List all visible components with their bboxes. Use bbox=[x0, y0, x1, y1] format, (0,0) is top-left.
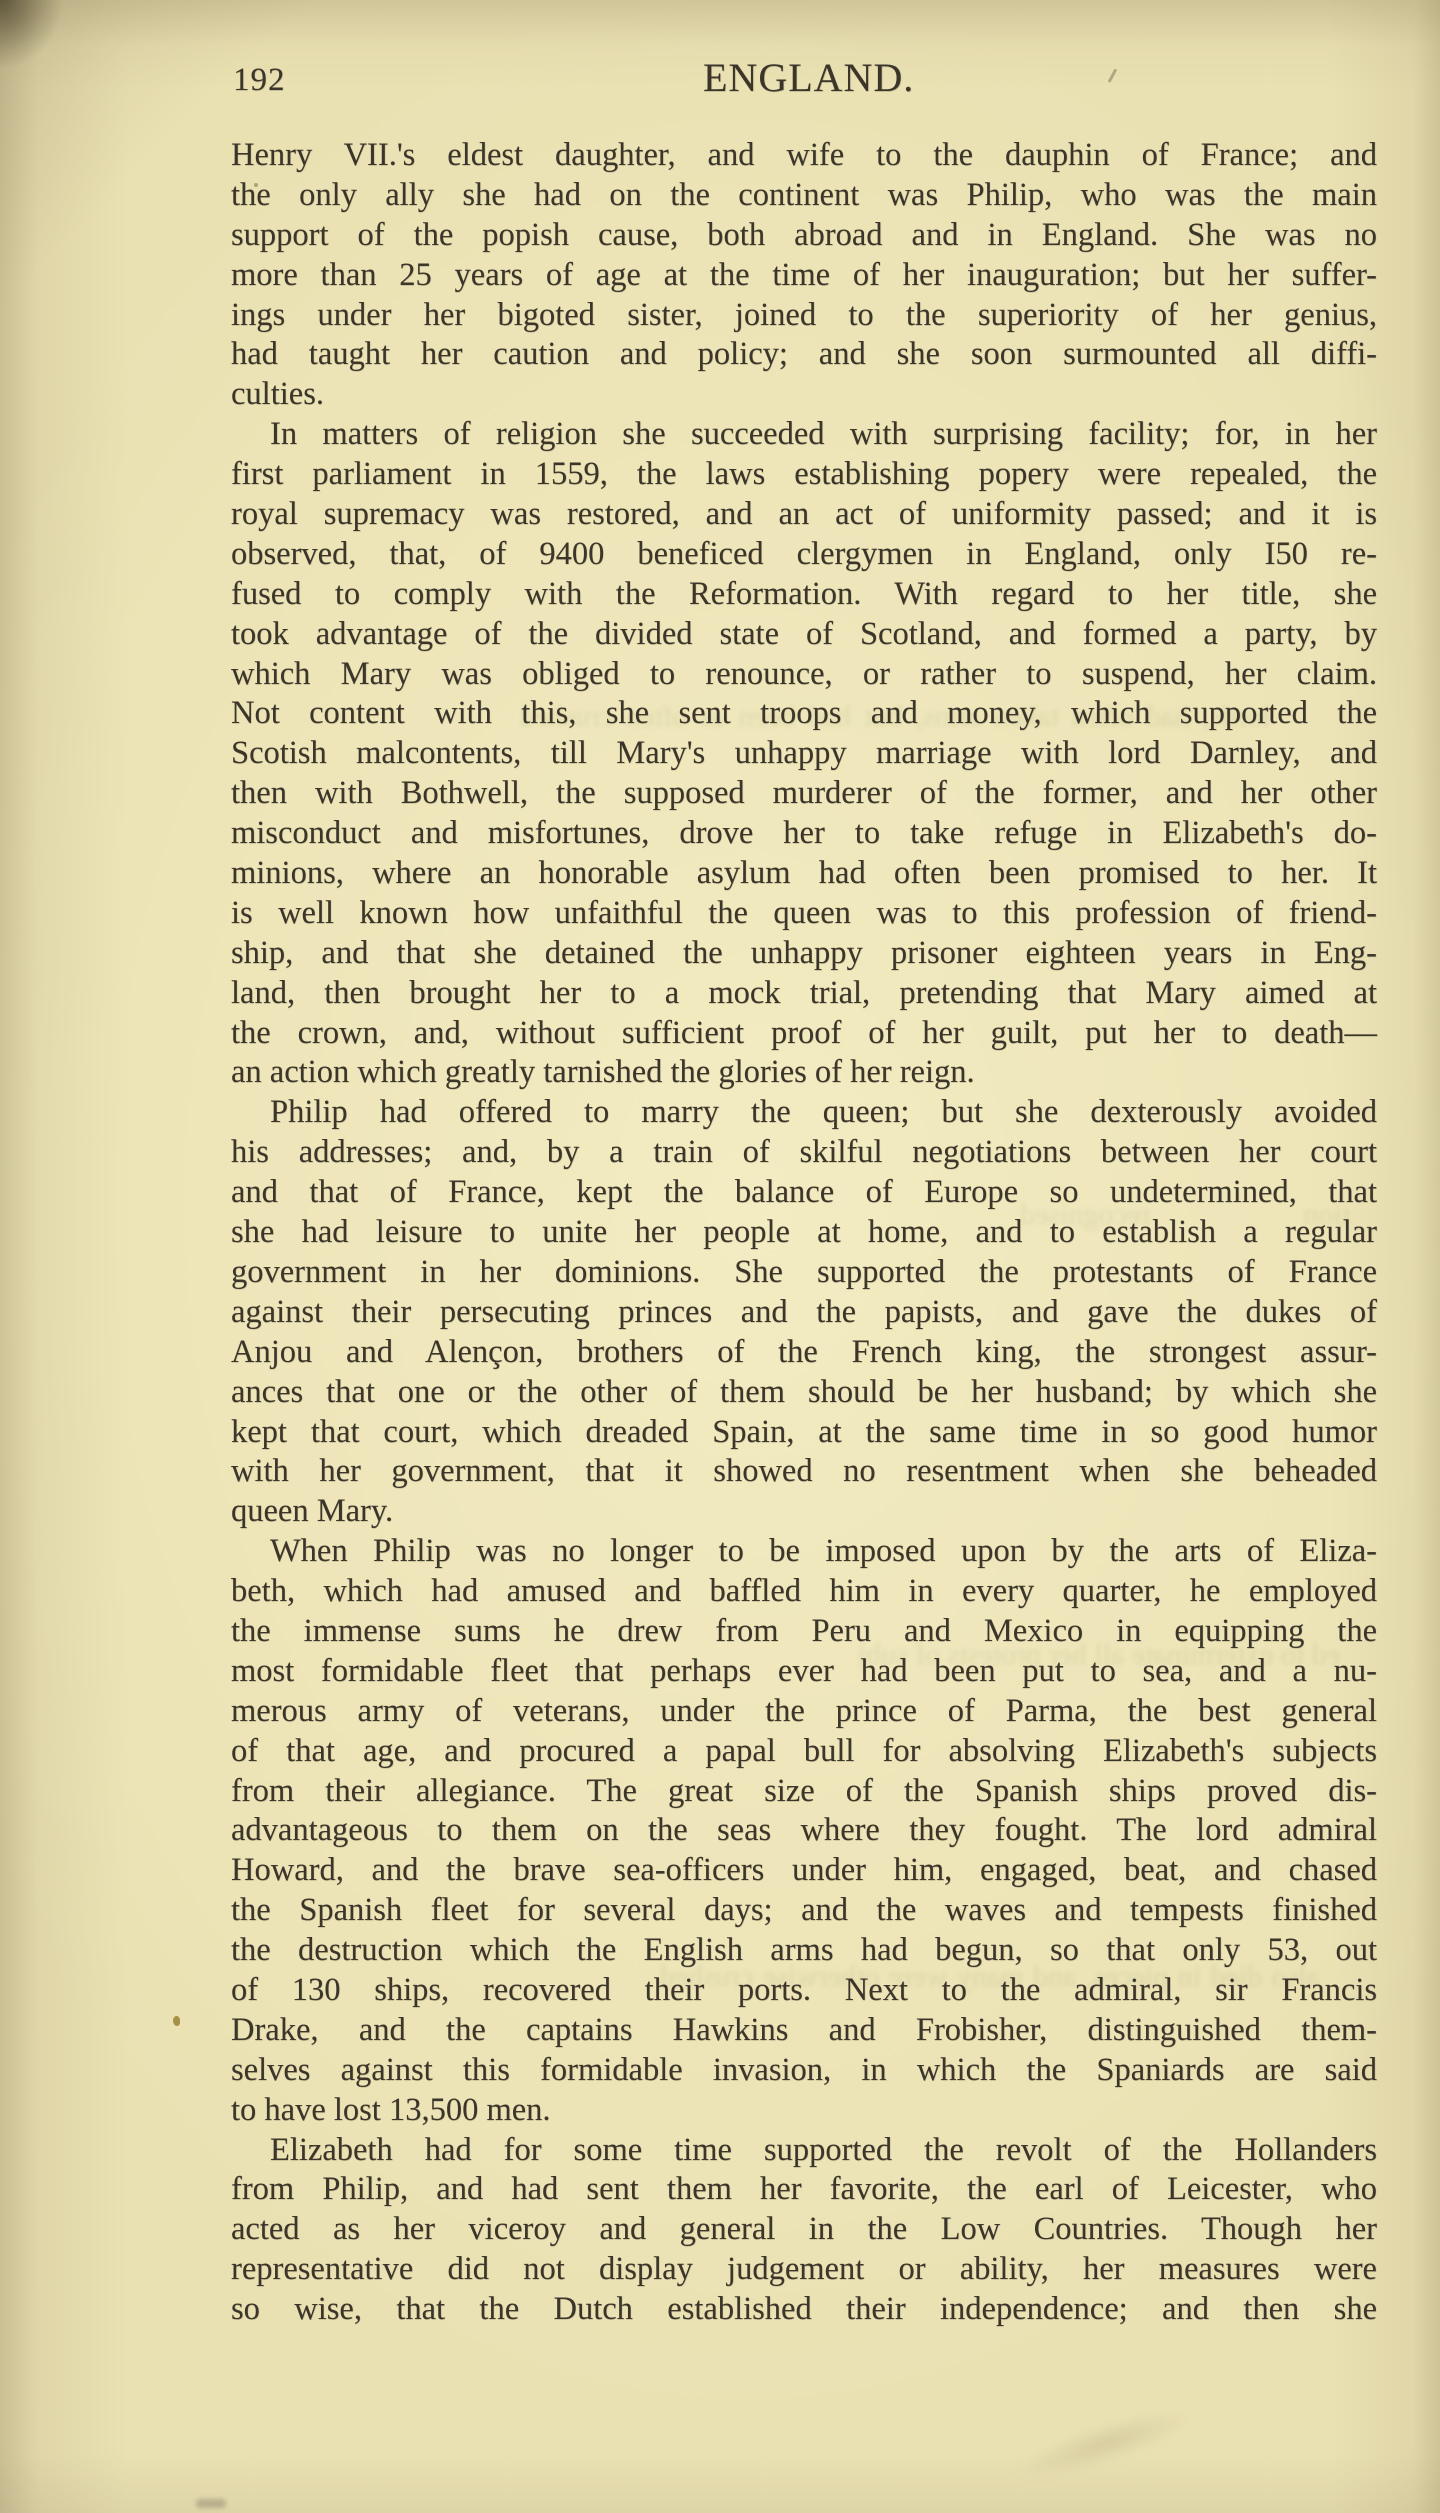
text-line: minions, where an honorable asylum had o… bbox=[231, 854, 1377, 894]
text-line: most formidable fleet that perhaps ever … bbox=[231, 1652, 1377, 1692]
text-line: When Philip was no longer to be imposed … bbox=[231, 1532, 1377, 1572]
text-line: is well known how unfaithful the queen w… bbox=[231, 894, 1377, 934]
text-line: representative did not display judgement… bbox=[231, 2250, 1377, 2290]
text-line: fused to comply with the Reformation. Wi… bbox=[231, 575, 1377, 615]
text-line: the only ally she had on the continent w… bbox=[231, 176, 1377, 216]
paragraph: In matters of religion she succeeded wit… bbox=[231, 415, 1377, 1093]
text-line: advantageous to them on the seas where t… bbox=[231, 1811, 1377, 1851]
paragraph: Henry VII.'s eldest daughter, and wife t… bbox=[231, 136, 1377, 415]
text-line: she had leisure to unite her people at h… bbox=[231, 1213, 1377, 1253]
text-line: Elizabeth had for some time supported th… bbox=[231, 2131, 1377, 2171]
text-line: queen Mary. bbox=[231, 1492, 1377, 1532]
text-line: observed, that, of 9400 beneficed clergy… bbox=[231, 535, 1377, 575]
text-line: Scotish malcontents, till Mary's unhappy… bbox=[231, 734, 1377, 774]
text-line: Philip had offered to marry the queen; b… bbox=[231, 1093, 1377, 1133]
text-line: support of the popish cause, both abroad… bbox=[231, 216, 1377, 256]
paragraph: When Philip was no longer to be imposed … bbox=[231, 1532, 1377, 2130]
paper-smudge bbox=[1008, 2396, 1201, 2493]
text-line: against their persecuting princes and th… bbox=[231, 1293, 1377, 1333]
book-page: 192 ENGLAND. lords, had often taken arms… bbox=[0, 0, 1440, 2513]
corner-stain bbox=[0, 0, 64, 70]
text-line: kept that court, which dreaded Spain, at… bbox=[231, 1413, 1377, 1453]
text-line: ings under her bigoted sister, joined to… bbox=[231, 296, 1377, 336]
text-line: Drake, and the captains Hawkins and Frob… bbox=[231, 2011, 1377, 2051]
text-line: and that of France, kept the balance of … bbox=[231, 1173, 1377, 1213]
text-line: took advantage of the divided state of S… bbox=[231, 615, 1377, 655]
text-line: from their allegiance. The great size of… bbox=[231, 1772, 1377, 1812]
text-line: of 130 ships, recovered their ports. Nex… bbox=[231, 1971, 1377, 2011]
text-line: then with Bothwell, the supposed murdere… bbox=[231, 774, 1377, 814]
text-line: merous army of veterans, under the princ… bbox=[231, 1692, 1377, 1732]
text-line: Henry VII.'s eldest daughter, and wife t… bbox=[231, 136, 1377, 176]
page-text-block: Henry VII.'s eldest daughter, and wife t… bbox=[231, 136, 1377, 2330]
text-line: first parliament in 1559, the laws estab… bbox=[231, 455, 1377, 495]
text-line: misconduct and misfortunes, drove her to… bbox=[231, 814, 1377, 854]
ink-speck bbox=[173, 2016, 180, 2026]
ink-mark bbox=[1108, 68, 1117, 82]
text-line: from Philip, and had sent them her favor… bbox=[231, 2170, 1377, 2210]
text-line: the destruction which the English arms h… bbox=[231, 1931, 1377, 1971]
text-line: In matters of religion she succeeded wit… bbox=[231, 415, 1377, 455]
text-line: an action which greatly tarnished the gl… bbox=[231, 1053, 1377, 1093]
text-line: beth, which had amused and baffled him i… bbox=[231, 1572, 1377, 1612]
text-line: ship, and that she detained the unhappy … bbox=[231, 934, 1377, 974]
text-line: Howard, and the brave sea-officers under… bbox=[231, 1851, 1377, 1891]
text-line: ances that one or the other of them shou… bbox=[231, 1373, 1377, 1413]
ink-speck bbox=[254, 183, 258, 187]
text-line: the immense sums he drew from Peru and M… bbox=[231, 1612, 1377, 1652]
paper-smudge bbox=[196, 2499, 226, 2508]
text-line: had taught her caution and policy; and s… bbox=[231, 335, 1377, 375]
text-line: of that age, and procured a papal bull f… bbox=[231, 1732, 1377, 1772]
text-line: with her government, that it showed no r… bbox=[231, 1452, 1377, 1492]
text-line: to have lost 13,500 men. bbox=[231, 2091, 1377, 2131]
text-line: Anjou and Alençon, brothers of the Frenc… bbox=[231, 1333, 1377, 1373]
text-line: royal supremacy was restored, and an act… bbox=[231, 495, 1377, 535]
text-line: culties. bbox=[231, 375, 1377, 415]
paragraph: Elizabeth had for some time supported th… bbox=[231, 2131, 1377, 2330]
text-line: Not content with this, she sent troops a… bbox=[231, 694, 1377, 734]
text-line: acted as her viceroy and general in the … bbox=[231, 2210, 1377, 2250]
text-line: land, then brought her to a mock trial, … bbox=[231, 974, 1377, 1014]
text-line: selves against this formidable invasion,… bbox=[231, 2051, 1377, 2091]
text-line: the crown, and, without sufficient proof… bbox=[231, 1014, 1377, 1054]
running-title: ENGLAND. bbox=[703, 58, 914, 98]
text-line: which Mary was obliged to renounce, or r… bbox=[231, 655, 1377, 695]
text-line: the Spanish fleet for several days; and … bbox=[231, 1891, 1377, 1931]
text-line: his addresses; and, by a train of skilfu… bbox=[231, 1133, 1377, 1173]
text-line: so wise, that the Dutch established thei… bbox=[231, 2290, 1377, 2330]
text-line: government in her dominions. She support… bbox=[231, 1253, 1377, 1293]
paragraph: Philip had offered to marry the queen; b… bbox=[231, 1093, 1377, 1532]
text-line: more than 25 years of age at the time of… bbox=[231, 256, 1377, 296]
page-number: 192 bbox=[233, 64, 286, 97]
